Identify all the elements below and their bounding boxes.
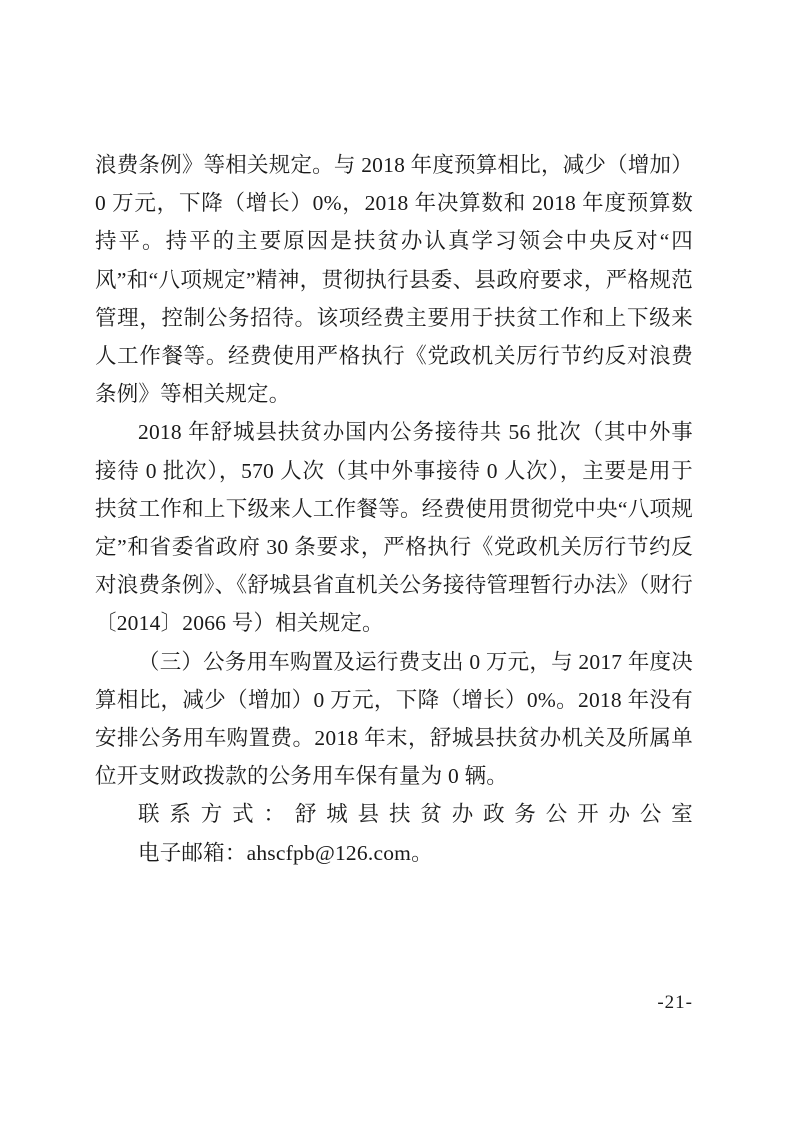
paragraph-budget-comparison: 浪费条例》等相关规定。与 2018 年度预算相比，减少（增加）0 万元，下降（增…	[95, 146, 693, 413]
paragraph-official-vehicle: （三）公务用车购置及运行费支出 0 万元，与 2017 年度决算相比，减少（增加…	[95, 643, 693, 796]
contact-email-line: 电子邮箱：ahscfpb@126.com。	[95, 834, 693, 872]
document-page: 浪费条例》等相关规定。与 2018 年度预算相比，减少（增加）0 万元，下降（增…	[0, 0, 793, 1122]
contact-method-line: 联系方式：舒城县扶贫办政务公开办公室	[95, 795, 693, 833]
page-number: -21-	[657, 992, 693, 1014]
document-body: 浪费条例》等相关规定。与 2018 年度预算相比，减少（增加）0 万元，下降（增…	[95, 146, 693, 872]
paragraph-official-reception: 2018 年舒城县扶贫办国内公务接待共 56 批次（其中外事接待 0 批次），5…	[95, 413, 693, 642]
